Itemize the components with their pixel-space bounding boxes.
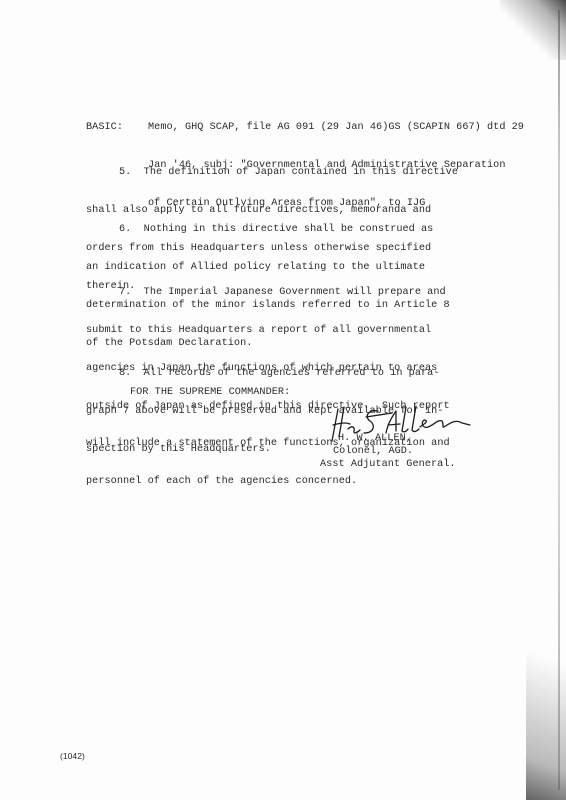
basic-label: BASIC: [86,122,148,135]
footer-form-code: (1042) [60,750,85,763]
document-page: BASIC:Memo, GHQ SCAP, file AG 091 (29 Ja… [0,0,566,800]
scan-edge-shadow-bottom [526,600,566,800]
paragraph-number: 8. [119,368,131,379]
signatory-title: Asst Adjutant General. [320,459,456,472]
scan-edge-shadow-top [500,0,566,60]
closing-line: FOR THE SUPREME COMMANDER: [130,387,290,400]
paragraph-number: 7. [119,287,131,298]
paragraph-number: 5. [119,167,131,178]
signatory-name: H. W. ALLEN, [338,433,412,446]
paragraph-number: 6. [119,224,131,235]
signatory-rank: Colonel, AGD. [333,446,413,459]
basic-line-1: BASIC:Memo, GHQ SCAP, file AG 091 (29 Ja… [86,122,524,135]
